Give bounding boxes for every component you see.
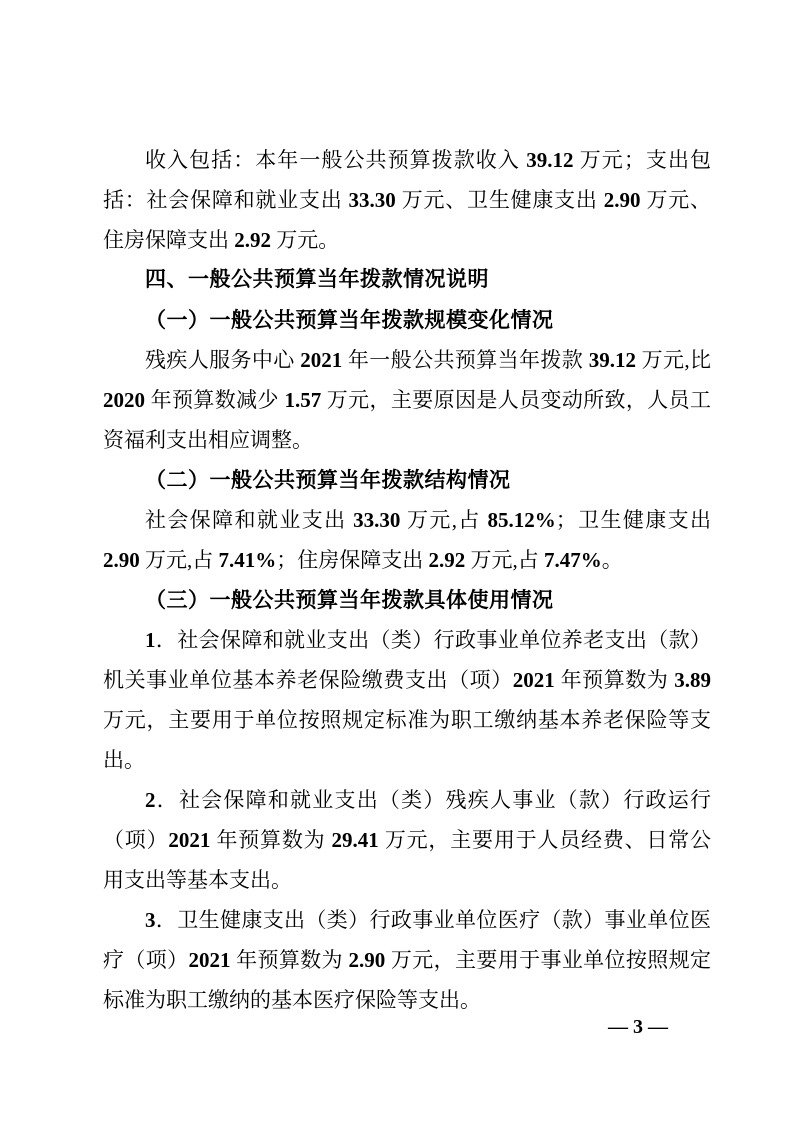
text-run: 2021 xyxy=(188,948,230,972)
text-run: 万元,占 xyxy=(140,548,219,572)
text-run: （一）一般公共预算当年拨款规模变化情况 xyxy=(145,308,554,332)
text-run: 2021 xyxy=(513,668,555,692)
paragraph: 1．社会保障和就业支出（类）行政事业单位养老支出（款）机关事业单位基本养老保险缴… xyxy=(103,620,711,780)
text-run: 7.47% xyxy=(544,548,602,572)
text-run: ；卫生健康支出 xyxy=(556,508,711,532)
text-run: 33.30 xyxy=(353,508,400,532)
text-run: 39.12 xyxy=(589,348,636,372)
text-run: 万元。 xyxy=(271,228,339,252)
text-run: 社会保障和就业支出 xyxy=(145,508,353,532)
text-run: 3.89 xyxy=(674,668,711,692)
text-run: 2020 xyxy=(103,388,145,412)
text-run: 。 xyxy=(602,548,623,572)
paragraph: 3．卫生健康支出（类）行政事业单位医疗（款）事业单位医疗（项）2021 年预算数… xyxy=(103,900,711,1020)
text-run: 2.90 xyxy=(103,548,140,572)
heading: 四、一般公共预算当年拨款情况说明 xyxy=(103,260,711,300)
subheading: （三）一般公共预算当年拨款具体使用情况 xyxy=(103,580,711,620)
subheading: （二）一般公共预算当年拨款结构情况 xyxy=(103,460,711,500)
text-run: 残疾人服务中心 xyxy=(145,348,300,372)
text-run: 33.30 xyxy=(348,188,395,212)
paragraph: 社会保障和就业支出 33.30 万元,占 85.12%；卫生健康支出 2.90 … xyxy=(103,500,711,580)
text-run: ；住房保障支出 xyxy=(276,548,428,572)
text-run: 年预算数为 xyxy=(230,948,348,972)
text-run: 四、一般公共预算当年拨款情况说明 xyxy=(145,268,489,291)
text-run: 85.12% xyxy=(487,508,555,532)
subheading: （一）一般公共预算当年拨款规模变化情况 xyxy=(103,300,711,340)
paragraph: 收入包括：本年一般公共预算拨款收入 39.12 万元；支出包括：社会保障和就业支… xyxy=(103,140,711,260)
paragraph: 2．社会保障和就业支出（类）残疾人事业（款）行政运行（项）2021 年预算数为 … xyxy=(103,780,711,900)
text-run: 万元,占 xyxy=(400,508,487,532)
text-run: 年一般公共预算当年拨款 xyxy=(342,348,588,372)
text-run: 年预算数减少 xyxy=(145,388,284,412)
text-run: 年预算数为 xyxy=(210,828,331,852)
text-run: （二）一般公共预算当年拨款结构情况 xyxy=(145,468,511,492)
text-run: 万元，主要用于单位按照规定标准为职工缴纳基本养老保险等支出。 xyxy=(103,708,711,772)
text-run: 3 xyxy=(145,908,156,932)
text-run: 2021 xyxy=(300,348,342,372)
paragraph: 残疾人服务中心 2021 年一般公共预算当年拨款 39.12 万元,比 2020… xyxy=(103,340,711,460)
text-run: 2 xyxy=(145,788,156,812)
text-run: 29.41 xyxy=(332,828,379,852)
text-run: 收入包括：本年一般公共预算拨款收入 xyxy=(145,148,526,172)
text-run: 年预算数为 xyxy=(555,668,674,692)
document-page: 收入包括：本年一般公共预算拨款收入 39.12 万元；支出包括：社会保障和就业支… xyxy=(0,0,793,1122)
text-run: 2.92 xyxy=(234,228,271,252)
text-run: 万元、卫生健康支出 xyxy=(396,188,604,212)
page-number: — 3 — xyxy=(588,1008,688,1046)
text-run: 39.12 xyxy=(526,148,573,172)
text-run: 1 xyxy=(145,628,156,652)
text-run: 2.90 xyxy=(349,948,386,972)
text-run: 1.57 xyxy=(284,388,321,412)
text-run: 2.92 xyxy=(429,548,466,572)
text-run: 万元,占 xyxy=(465,548,544,572)
text-run: 2021 xyxy=(168,828,210,852)
text-run: 万元,比 xyxy=(636,348,711,372)
text-run: 2.90 xyxy=(604,188,641,212)
text-run: 7.41% xyxy=(219,548,277,572)
document-content: 收入包括：本年一般公共预算拨款收入 39.12 万元；支出包括：社会保障和就业支… xyxy=(103,140,711,1020)
text-run: （三）一般公共预算当年拨款具体使用情况 xyxy=(145,588,554,612)
